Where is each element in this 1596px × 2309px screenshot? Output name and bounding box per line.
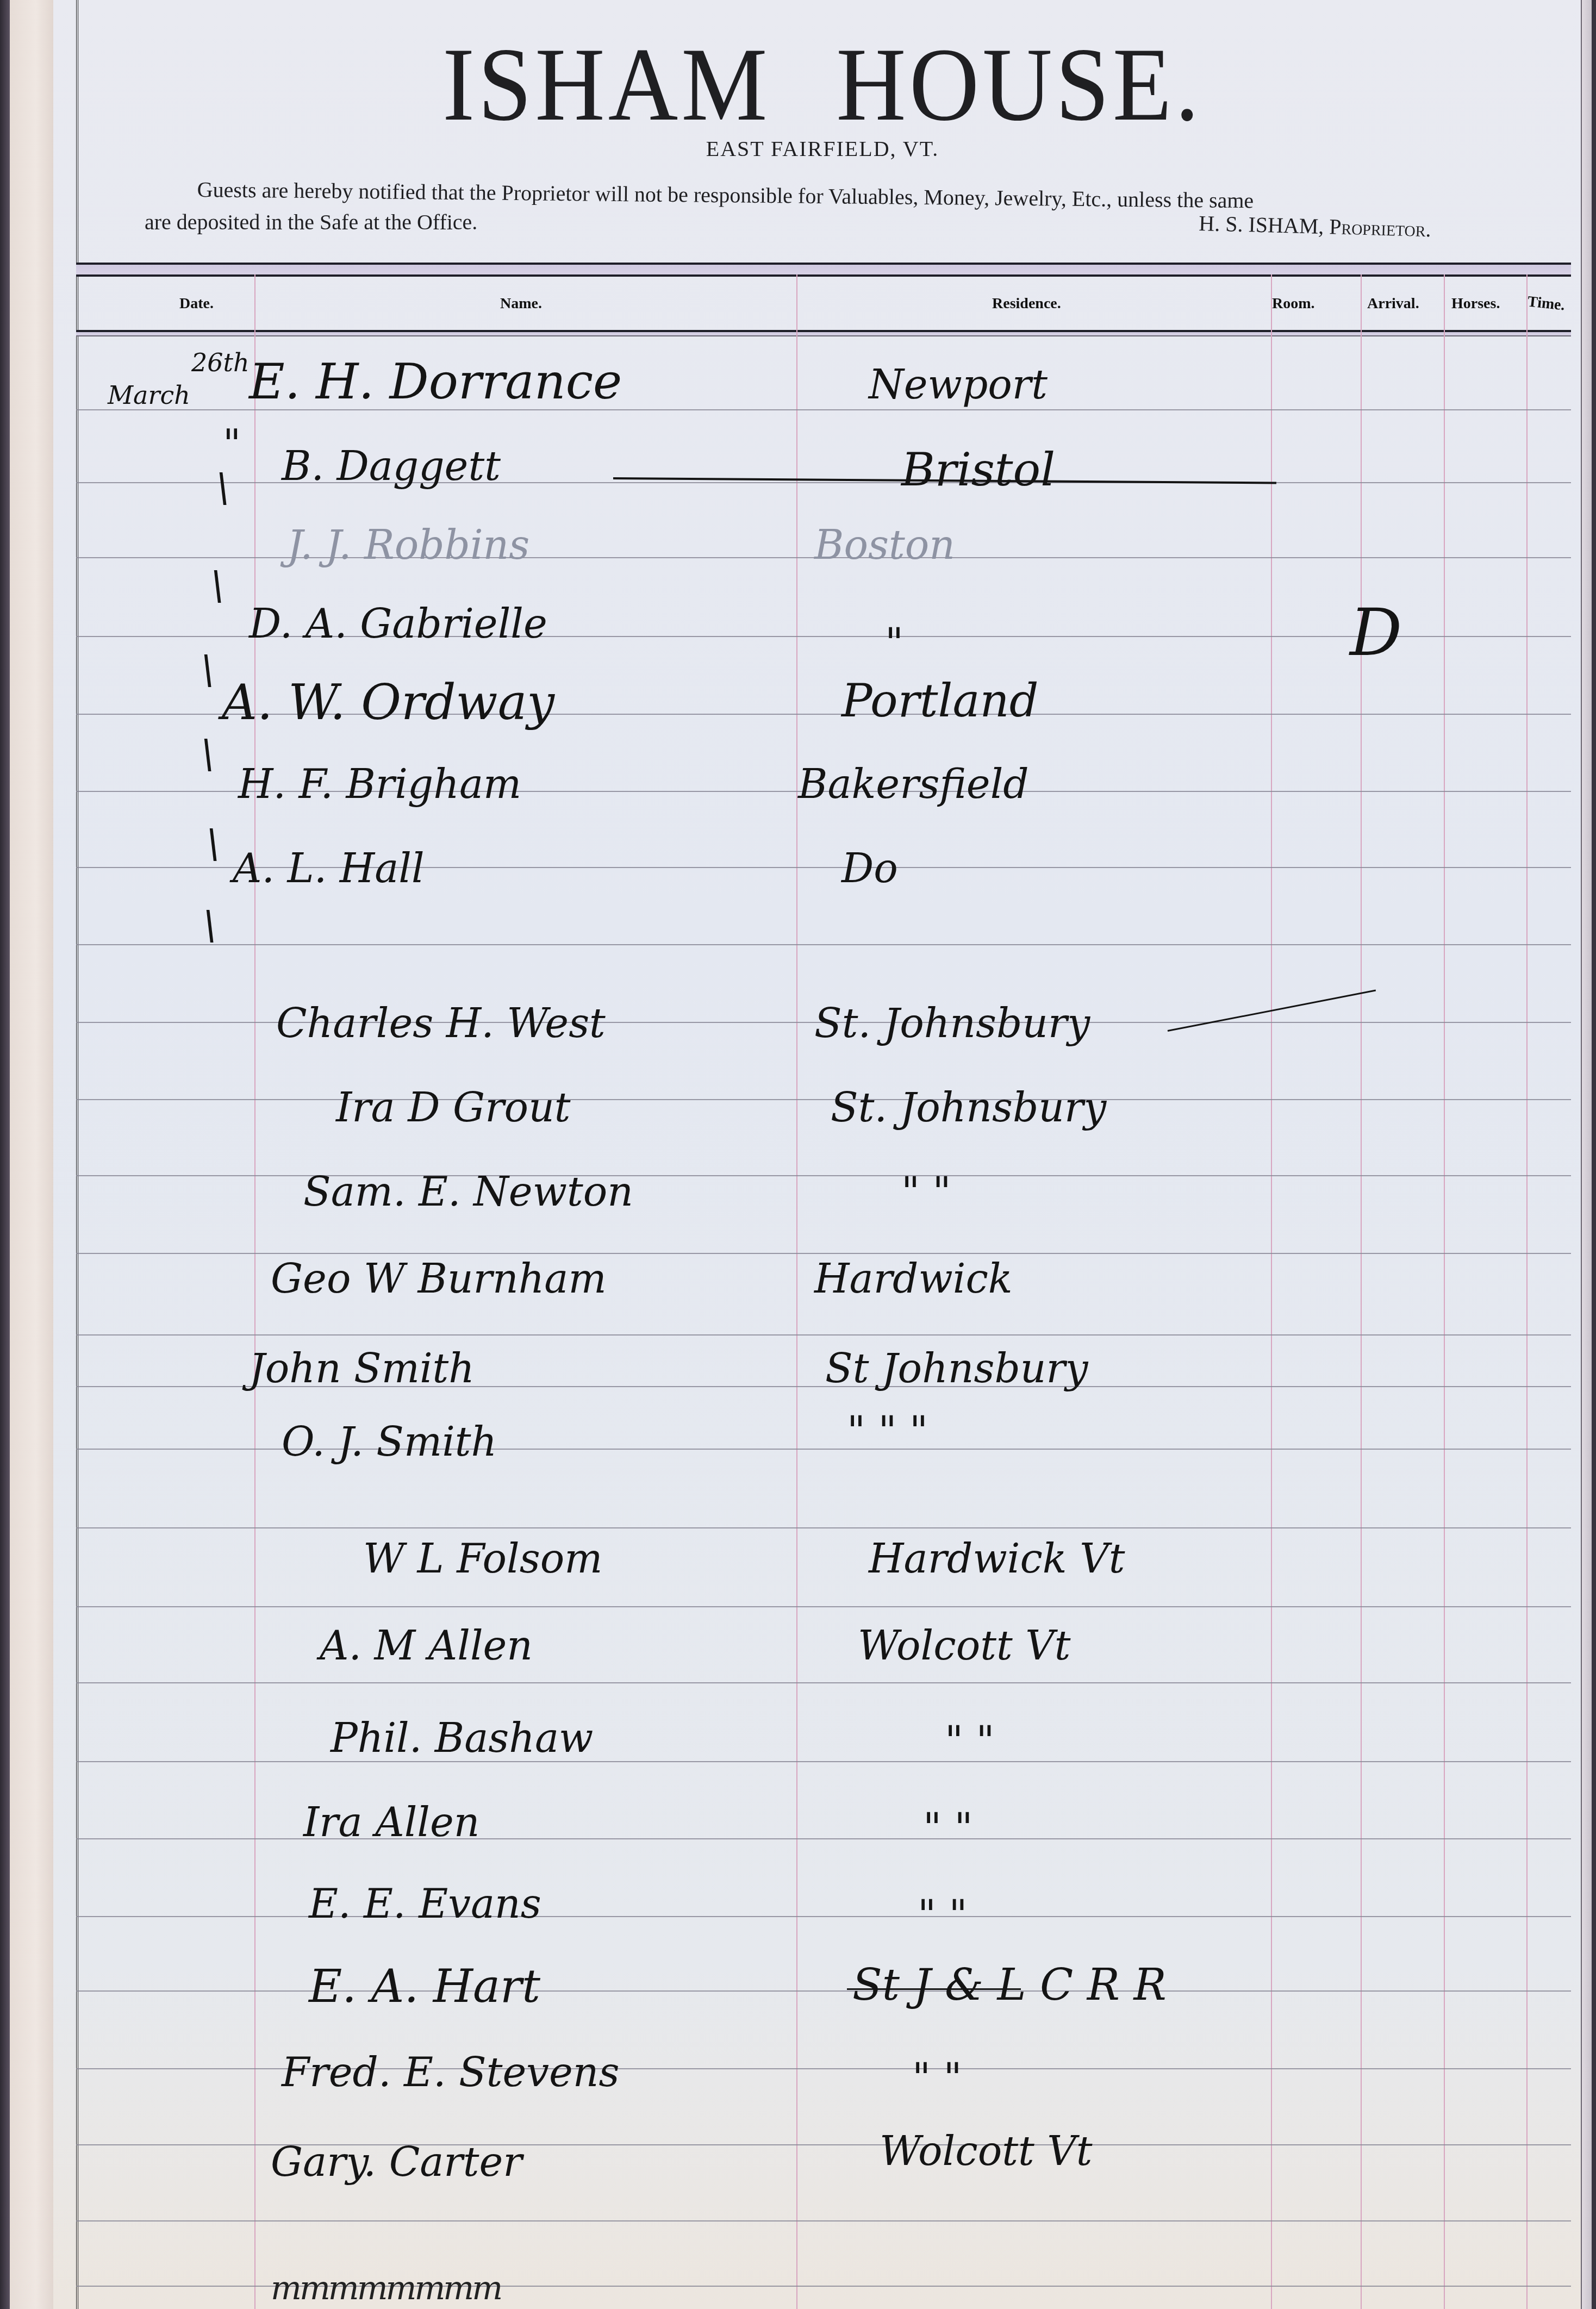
guest-name: J. J. Robbins [287,522,529,569]
column-rule-arrival-horses [1444,274,1445,2309]
guest-residence: " " [901,1169,951,1215]
row-rule [76,1099,1571,1100]
ditto-tick: \ [216,465,229,510]
ditto-tick: \ [203,902,216,948]
row-rule [76,1682,1571,1683]
book-binding [0,0,10,2309]
register-page: ISHAM HOUSE. EAST FAIRFIELD, VT. Guests … [53,0,1592,2309]
column-rule-name-residence [796,274,797,2309]
previous-page-edge [10,0,54,2309]
column-header-horses: Horses. [1451,295,1500,313]
guest-residence: Portland [841,674,1038,727]
guest-name: Phil. Bashaw [331,1715,593,1762]
guest-name: B. Daggett [282,443,501,490]
bottom-pen-scribble: mmmmmmmm [271,2269,501,2307]
guest-name: Ira D Grout [336,1084,571,1131]
column-rule-residence-room [1271,274,1272,2309]
guest-residence: St Johnsbury [825,1345,1088,1392]
row-rule [76,2220,1571,2221]
column-rule-horses-time [1526,274,1528,2309]
row-rule [76,1838,1571,1839]
guest-residence: Bristol [901,443,1055,496]
guest-residence: Do [841,845,898,892]
guest-name: Gary. Carter [271,2139,522,2186]
row-rule [76,944,1571,945]
row-rule [76,1916,1571,1917]
guest-name: John Smith [249,1345,475,1392]
ditto-tick: \ [207,821,220,866]
guest-residence: " " [912,2055,962,2101]
guest-name: E. A. Hart [309,1959,540,2013]
column-header-name: Name. [500,295,542,313]
proprietor-signature-line: H. S. ISHAM, Proprietor. [1199,210,1431,242]
guest-residence: Newport [869,361,1048,408]
guest-residence: St. Johnsbury [814,1000,1090,1047]
guest-residence: " " " [847,1408,928,1455]
guest-name: H. F. Brigham [238,761,521,808]
guest-name: E. H. Dorrance [249,353,622,410]
guest-name: Geo W Burnham [271,1256,607,1302]
date-ditto-mark: " [223,421,241,467]
guest-residence: " " [945,1718,995,1764]
row-rule [76,1175,1571,1176]
guest-residence: Boston [814,522,955,569]
ditto-tick: \ [211,563,224,608]
guest-residence: Bakersfield [798,761,1029,808]
guest-residence: St. Johnsbury [831,1084,1106,1131]
column-header-date: Date. [179,295,214,313]
header-bottom-rule [76,330,1571,336]
guest-name: Charles H. West [276,1000,606,1047]
notice-text-line-1: Guests are hereby notified that the Prop… [197,177,1254,213]
column-header-time: Time. [1527,293,1566,314]
column-rule-date-name [254,274,255,2309]
guest-residence: " [885,620,903,666]
guest-name: Ira Allen [303,1799,479,1846]
arrival-mark: D [1350,595,1402,671]
ditto-tick: \ [201,647,214,692]
guest-residence: Wolcott Vt [858,1622,1070,1669]
row-rule [76,1606,1571,1607]
ditto-tick: \ [201,731,214,777]
guest-residence: Hardwick [814,1256,1013,1302]
proprietor-name: H. S. ISHAM, [1199,211,1324,239]
guest-name: O. J. Smith [282,1419,497,1465]
left-margin-double-rule [76,0,78,2309]
column-rule-room-arrival [1361,274,1362,2309]
guest-residence: St J & L C R R [852,1959,1167,2010]
guest-residence: " " [923,1805,973,1851]
row-rule [76,1527,1571,1528]
strike-through-line [847,1988,1021,1990]
row-rule [76,1253,1571,1254]
column-header-room: Room. [1272,295,1315,313]
guest-name: E. E. Evans [309,1881,541,1927]
column-header-arrival: Arrival. [1367,295,1419,313]
guest-name: A. L. Hall [233,845,425,892]
guest-name: Fred. E. Stevens [282,2049,619,2096]
date-month: March [108,380,190,410]
guest-name: D. A. Gabrielle [249,601,547,647]
hotel-location: EAST FAIRFIELD, VT. [53,136,1592,161]
guest-name: A. M Allen [320,1622,533,1669]
row-rule [76,1334,1571,1336]
date-day: 26th [191,348,250,377]
guest-name: Sam. E. Newton [303,1169,633,1215]
hotel-title: ISHAM HOUSE. [53,24,1592,145]
guest-name: W L Folsom [363,1536,602,1582]
guest-name: A. W. Ordway [222,674,554,731]
page-right-edge [1581,0,1592,2309]
row-rule [76,1761,1571,1762]
proprietor-title: Proprietor. [1329,214,1431,241]
column-header-residence: Residence. [992,295,1061,313]
guest-residence: Wolcott Vt [880,2128,1092,2175]
guest-residence: Hardwick Vt [869,1536,1125,1582]
guest-residence: " " [918,1892,968,1938]
row-rule [76,1990,1571,1992]
column-header-row: Date. Name. Residence. Room. Arrival. Ho… [76,274,1571,329]
notice-text-line-2: are deposited in the Safe at the Office. [145,209,477,235]
